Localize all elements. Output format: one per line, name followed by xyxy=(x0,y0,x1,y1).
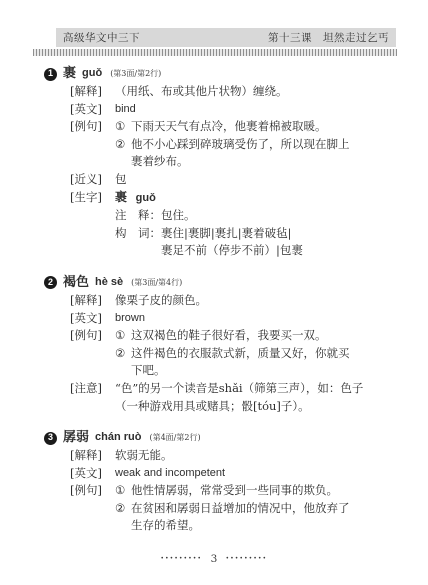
explain-row: [解释] 像栗子皮的颜色。 xyxy=(70,292,398,310)
note-label: [注意] xyxy=(70,380,115,415)
note-row: [注意] “色”的另一个读音是shǎi（筛第三声），如：色子 （一种游戏用具或赌… xyxy=(70,380,398,415)
new-word-row: [生字] 裹 guǒ xyxy=(70,189,398,208)
footer-dots-right: ········· xyxy=(226,554,268,564)
english-text: brown xyxy=(115,310,398,328)
entry-heading: 1 裹 guǒ (第3面/第2行) xyxy=(44,65,398,83)
synonym-label: [近义] xyxy=(70,171,115,189)
note-text: “色”的另一个读音是shǎi（筛第三声），如：色子 （一种游戏用具或赌具；骰[t… xyxy=(115,380,398,415)
entry-number-badge: 2 xyxy=(44,276,57,289)
compound-text: 裹住|裹脚|裹扎|裹着破毡| 裹足不前（停步不前）|包裹 xyxy=(161,225,398,260)
synonym-text: 包 xyxy=(115,171,398,189)
example-list: ① 下雨天天气有点冷，他裹着棉被取暖。 ② 他不小心踩到碎玻璃受伤了，所以现在脚… xyxy=(115,118,398,171)
entry-term: 褐色 xyxy=(63,274,89,292)
explain-row: [解释] （用纸、布或其他片状物）缠绕。 xyxy=(70,83,398,101)
synonym-row: [近义] 包 xyxy=(70,171,398,189)
page-number: 3 xyxy=(211,553,218,565)
page-header: 高级华文中三下 第十三课 坦然走过乞丐 xyxy=(56,28,396,47)
example-line: 这双褐色的鞋子很好看，我要买一双。 xyxy=(131,327,398,345)
entry-pinyin: chán ruò xyxy=(95,429,141,447)
explain-label: [解释] xyxy=(70,447,115,465)
entry-term: 裹 xyxy=(63,65,76,83)
example-item-1: ① 这双褐色的鞋子很好看，我要买一双。 xyxy=(115,327,398,345)
example-row: [例句] ① 他性情孱弱，常常受到一些同事的欺负。 ② 在贫困和孱弱日益增加的情… xyxy=(70,482,398,535)
example-line: 裹着纱布。 xyxy=(131,153,398,171)
entry-pinyin: guǒ xyxy=(82,65,102,83)
example-text: 在贫困和孱弱日益增加的情况中，他放弃了 生存的希望。 xyxy=(131,500,398,535)
entry-number-badge: 3 xyxy=(44,432,57,445)
english-row: [英文] weak and incompetent xyxy=(70,465,398,483)
explain-label: [解释] xyxy=(70,83,115,101)
example-row: [例句] ① 这双褐色的鞋子很好看，我要买一双。 ② 这件褐色的衣服款式新，质量… xyxy=(70,327,398,380)
footer-dots-left: ········· xyxy=(161,554,203,564)
example-text: 下雨天天气有点冷，他裹着棉被取暖。 xyxy=(131,118,398,136)
entry-term: 孱弱 xyxy=(63,429,89,447)
example-text: 他性情孱弱，常常受到一些同事的欺负。 xyxy=(131,482,398,500)
example-list: ① 这双褐色的鞋子很好看，我要买一双。 ② 这件褐色的衣服款式新，质量又好，你就… xyxy=(115,327,398,380)
annotation-row: 注 释： 包住。 xyxy=(115,207,398,225)
annotation-label: 注 释： xyxy=(115,207,161,225)
example-line: 下吧。 xyxy=(131,362,398,380)
vocab-entry-2: 2 褐色 hè sè (第3面/第4行) [解释] 像栗子皮的颜色。 [英文] … xyxy=(44,274,398,415)
annotation-text: 包住。 xyxy=(161,207,398,225)
entry-page-ref: (第3面/第4行) xyxy=(131,274,182,292)
example-list: ① 他性情孱弱，常常受到一些同事的欺负。 ② 在贫困和孱弱日益增加的情况中，他放… xyxy=(115,482,398,535)
entry-pinyin: hè sè xyxy=(95,274,123,292)
example-text: 他不小心踩到碎玻璃受伤了，所以现在脚上 裹着纱布。 xyxy=(131,136,398,171)
vocab-list: 1 裹 guǒ (第3面/第2行) [解释] （用纸、布或其他片状物）缠绕。 [… xyxy=(0,56,428,535)
compound-line: 裹住|裹脚|裹扎|裹着破毡| xyxy=(161,225,398,243)
example-item-2: ② 他不小心踩到碎玻璃受伤了，所以现在脚上 裹着纱布。 xyxy=(115,136,398,171)
example-row: [例句] ① 下雨天天气有点冷，他裹着棉被取暖。 ② 他不小心踩到碎玻璃受伤了，… xyxy=(70,118,398,171)
entry-number-badge: 1 xyxy=(44,68,57,81)
english-row: [英文] brown xyxy=(70,310,398,328)
book-title: 高级华文中三下 xyxy=(63,30,140,45)
new-word-term: 裹 xyxy=(115,190,127,204)
explain-label: [解释] xyxy=(70,292,115,310)
example-item-2: ② 在贫困和孱弱日益增加的情况中，他放弃了 生存的希望。 xyxy=(115,500,398,535)
explain-text: （用纸、布或其他片状物）缠绕。 xyxy=(115,83,398,101)
english-label: [英文] xyxy=(70,465,115,483)
example-item-1: ① 他性情孱弱，常常受到一些同事的欺负。 xyxy=(115,482,398,500)
entry-heading: 3 孱弱 chán ruò (第4面/第2行) xyxy=(44,429,398,447)
example-line: 他不小心踩到碎玻璃受伤了，所以现在脚上 xyxy=(131,136,398,154)
entry-page-ref: (第3面/第2行) xyxy=(110,65,161,83)
new-word-value: 裹 guǒ xyxy=(115,189,398,208)
example-number: ① xyxy=(115,118,131,136)
entry-heading: 2 褐色 hè sè (第3面/第4行) xyxy=(44,274,398,292)
example-text: 这双褐色的鞋子很好看，我要买一双。 xyxy=(131,327,398,345)
new-word-label: [生字] xyxy=(70,189,115,208)
textbook-page: 高级华文中三下 第十三课 坦然走过乞丐 1 裹 guǒ (第3面/第2行) [解… xyxy=(0,0,428,535)
explain-text: 软弱无能。 xyxy=(115,447,398,465)
example-number: ① xyxy=(115,482,131,500)
explain-text: 像栗子皮的颜色。 xyxy=(115,292,398,310)
striped-divider xyxy=(33,49,397,56)
english-text: weak and incompetent xyxy=(115,465,398,483)
example-item-2: ② 这件褐色的衣服款式新，质量又好，你就买 下吧。 xyxy=(115,345,398,380)
example-line: 在贫困和孱弱日益增加的情况中，他放弃了 xyxy=(131,500,398,518)
entry-page-ref: (第4面/第2行) xyxy=(149,429,200,447)
english-row: [英文] bind xyxy=(70,101,398,119)
example-label: [例句] xyxy=(70,327,115,380)
page-footer: ········· 3 ········· xyxy=(0,553,428,565)
vocab-entry-3: 3 孱弱 chán ruò (第4面/第2行) [解释] 软弱无能。 [英文] … xyxy=(44,429,398,535)
vocab-entry-1: 1 裹 guǒ (第3面/第2行) [解释] （用纸、布或其他片状物）缠绕。 [… xyxy=(44,65,398,260)
example-number: ② xyxy=(115,345,131,380)
example-number: ② xyxy=(115,500,131,535)
example-label: [例句] xyxy=(70,482,115,535)
english-label: [英文] xyxy=(70,101,115,119)
explain-row: [解释] 软弱无能。 xyxy=(70,447,398,465)
note-line: （一种游戏用具或赌具；骰[tóu]子）。 xyxy=(115,398,398,416)
new-word-pinyin: guǒ xyxy=(136,192,156,204)
example-number: ② xyxy=(115,136,131,171)
compound-label: 构 词： xyxy=(115,225,161,260)
note-line: “色”的另一个读音是shǎi（筛第三声），如：色子 xyxy=(115,380,398,398)
example-line: 生存的希望。 xyxy=(131,517,398,535)
compound-line: 裹足不前（停步不前）|包裹 xyxy=(161,242,398,260)
example-item-1: ① 下雨天天气有点冷，他裹着棉被取暖。 xyxy=(115,118,398,136)
example-line: 下雨天天气有点冷，他裹着棉被取暖。 xyxy=(131,118,398,136)
example-text: 这件褐色的衣服款式新，质量又好，你就买 下吧。 xyxy=(131,345,398,380)
example-line: 他性情孱弱，常常受到一些同事的欺负。 xyxy=(131,482,398,500)
english-label: [英文] xyxy=(70,310,115,328)
example-number: ① xyxy=(115,327,131,345)
example-line: 这件褐色的衣服款式新，质量又好，你就买 xyxy=(131,345,398,363)
lesson-title: 第十三课 坦然走过乞丐 xyxy=(268,30,389,45)
english-text: bind xyxy=(115,101,398,119)
compound-row: 构 词： 裹住|裹脚|裹扎|裹着破毡| 裹足不前（停步不前）|包裹 xyxy=(115,225,398,260)
example-label: [例句] xyxy=(70,118,115,171)
